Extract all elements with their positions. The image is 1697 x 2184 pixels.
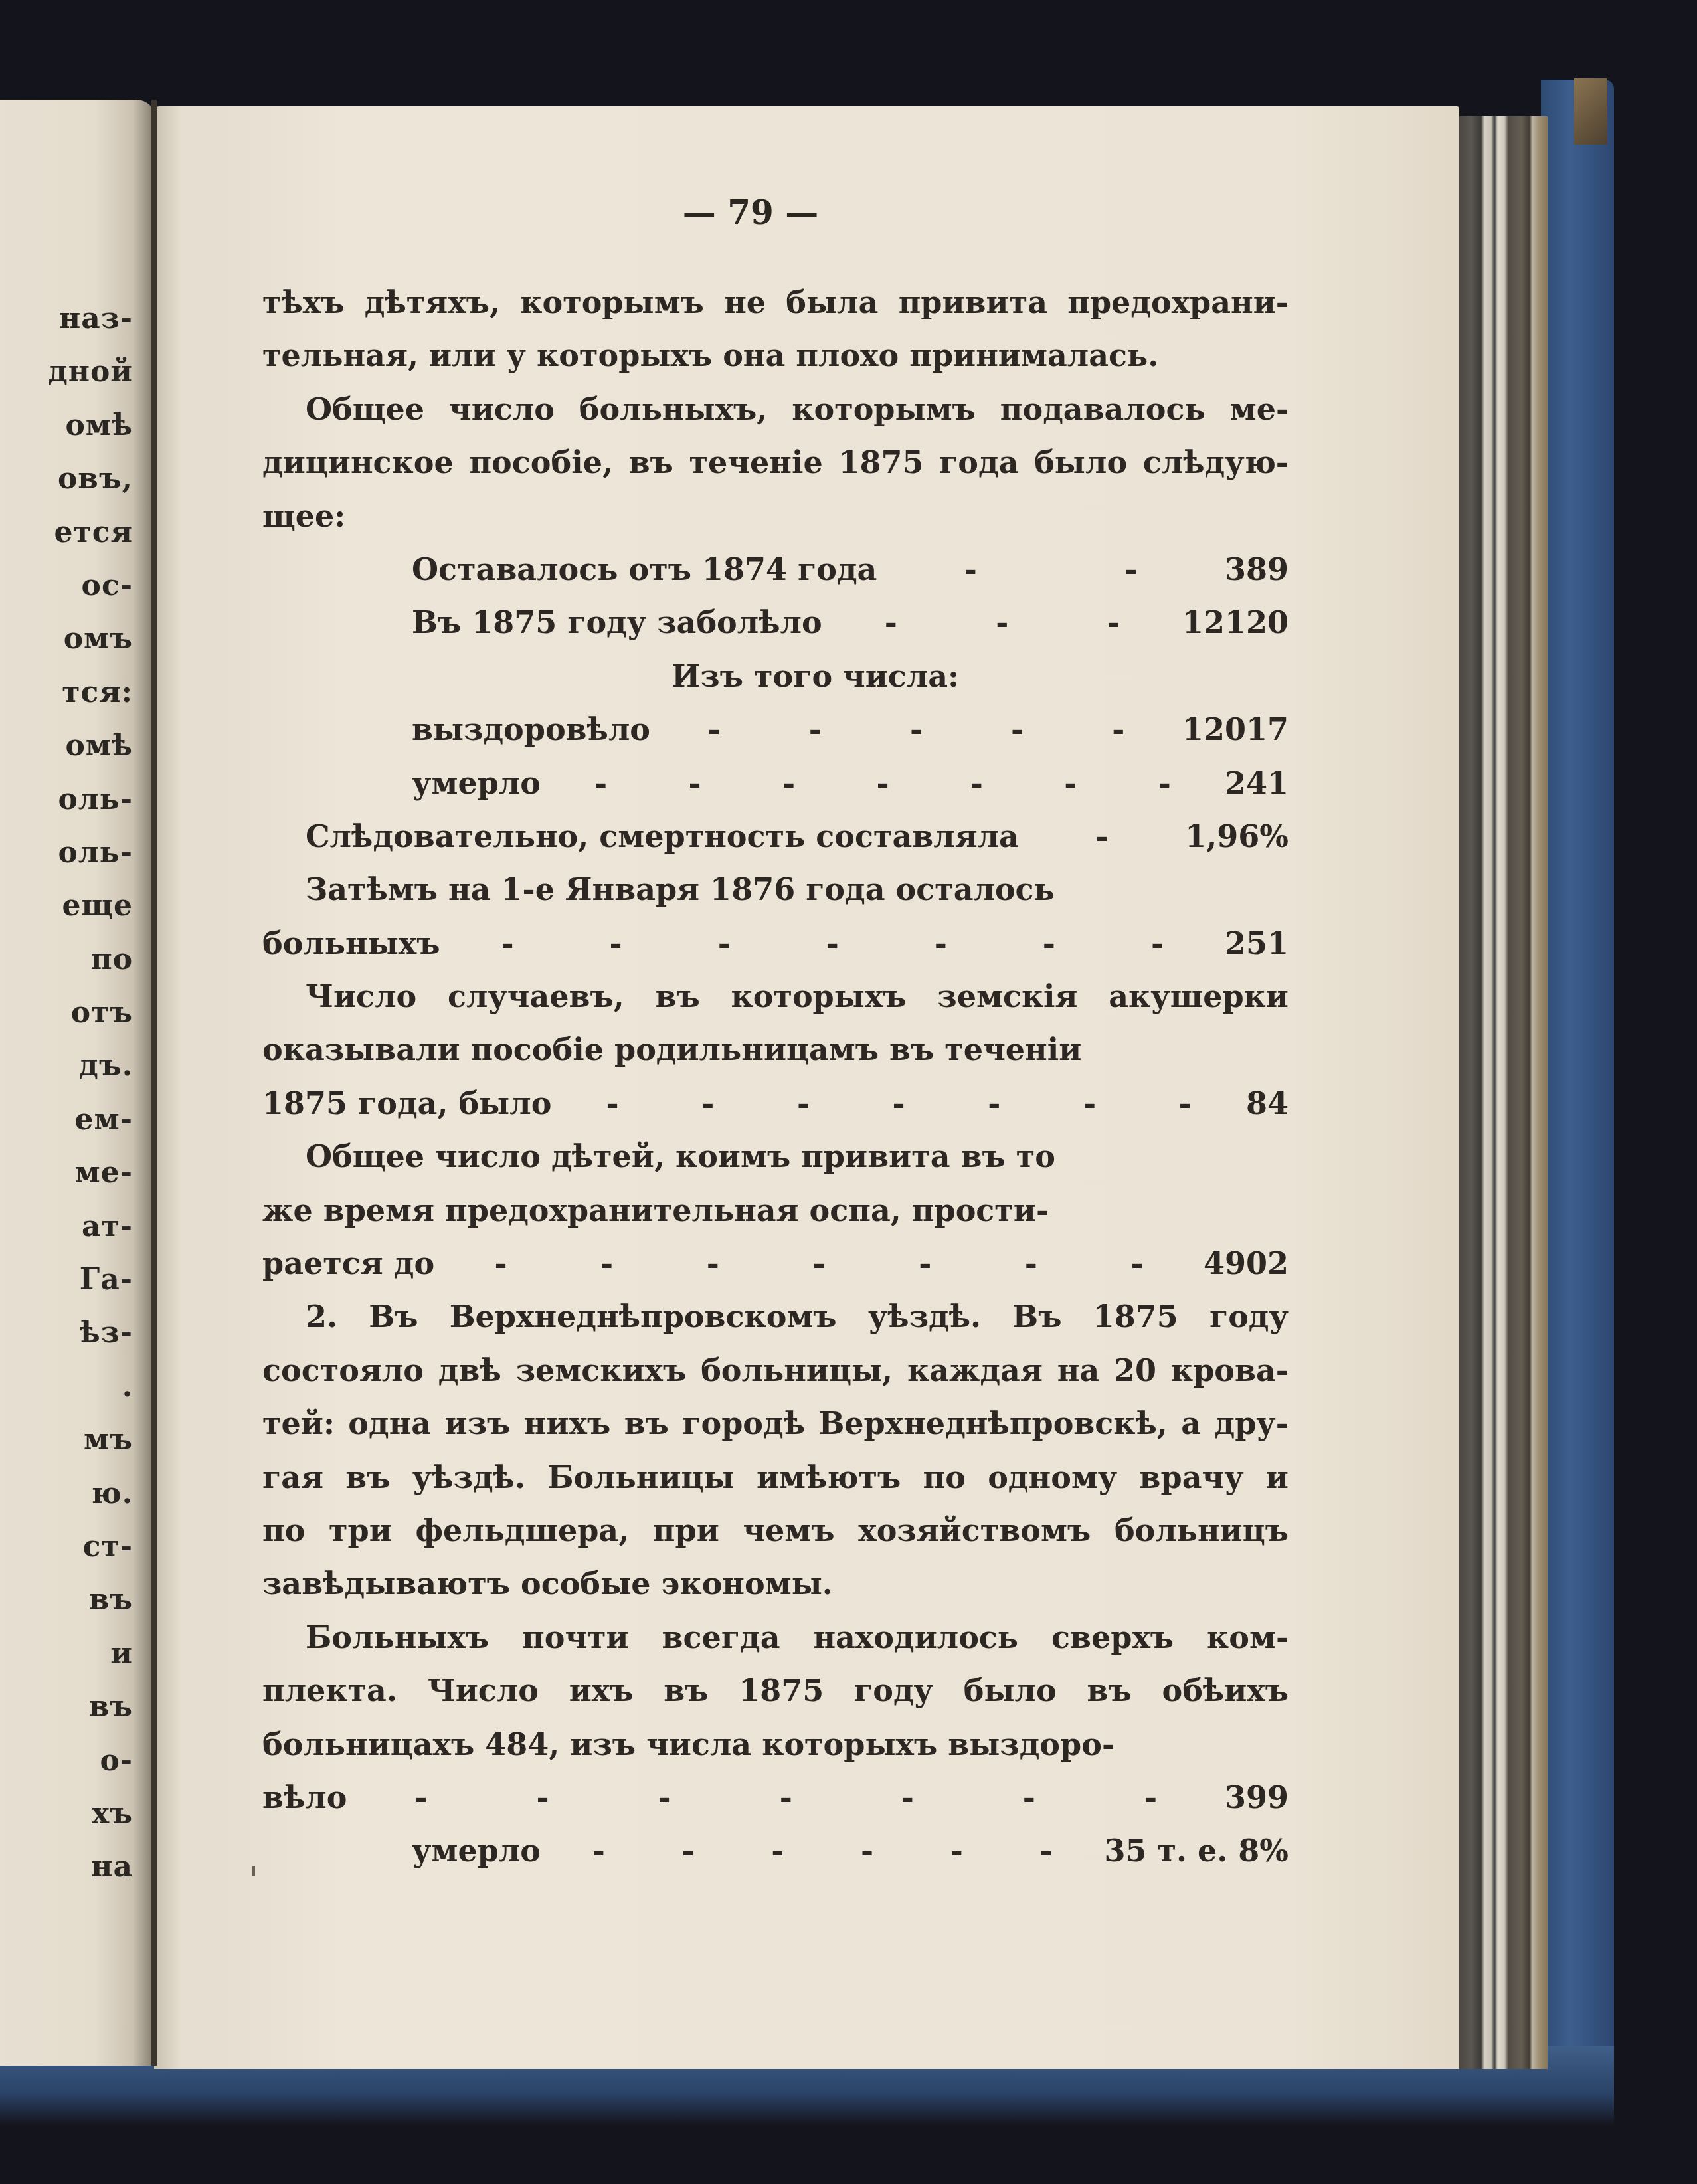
stat-label: 1875 года, было	[262, 1077, 551, 1130]
left-page-fragment: ос-	[0, 559, 133, 612]
word: одна	[348, 1397, 431, 1450]
left-page-fragment: въ	[0, 1574, 133, 1627]
text-line: потрифельдшера,причемъхозяйствомъбольниц…	[262, 1504, 1289, 1557]
text-line: Общее число дѣтей, коимъ привита въ то	[262, 1130, 1289, 1183]
text-line: дицинскоепособіе,вътеченіе1875годабылосл…	[262, 436, 1289, 489]
leader-dashes: -----	[650, 703, 1182, 756]
word: больницы,	[701, 1344, 893, 1397]
leader-dashes: -------	[551, 1077, 1246, 1130]
left-page-text-fragments: наз-днойомѣовъ,етсяос-омътся:омѣоль-оль-…	[0, 292, 133, 1894]
word: на	[1057, 1344, 1099, 1397]
word: пособіе,	[469, 436, 612, 489]
stat-value: 35 т. е. 8%	[1104, 1824, 1289, 1877]
word: по	[262, 1504, 305, 1557]
subheading: Изъ того числа:	[262, 650, 1289, 703]
word: которымъ	[792, 383, 976, 436]
word: при	[653, 1504, 719, 1557]
word: всегда	[662, 1611, 780, 1664]
word: плекта.	[262, 1664, 397, 1717]
left-page-fragment: еще	[0, 879, 133, 933]
stat-value: 1,96%	[1185, 810, 1289, 863]
word: чемъ	[743, 1504, 834, 1557]
left-page-fragment: о-	[0, 1734, 133, 1787]
left-page-fragment: .	[0, 1360, 133, 1413]
word: земскихъ	[516, 1344, 687, 1397]
left-page-fragment: ст-	[0, 1520, 133, 1574]
left-page-fragment: на	[0, 1841, 133, 1894]
word: одному	[988, 1451, 1117, 1504]
text-line: 2.ВъВерхнеднѣпровскомъуѣздѣ.Въ1875году	[262, 1290, 1289, 1343]
word: была	[786, 276, 878, 329]
word: 1875	[838, 436, 923, 489]
stat-value: 84	[1246, 1077, 1289, 1130]
left-page-fragment: тся:	[0, 666, 133, 719]
text-line: Общеечислобольныхъ,которымъподавалосьме-	[262, 383, 1289, 436]
stat-label: умерло	[262, 757, 541, 810]
word: Больницы	[547, 1451, 735, 1504]
word: врачу	[1140, 1451, 1244, 1504]
word: Число	[428, 1664, 539, 1717]
word: дру-	[1215, 1397, 1289, 1450]
word: крова-	[1171, 1344, 1289, 1397]
left-page-fragment: въ	[0, 1681, 133, 1734]
text-line: гаявъуѣздѣ.Больницыимѣютъпоодномуврачуи	[262, 1451, 1289, 1504]
book-cover-corner	[1574, 78, 1607, 145]
left-page-fragment: наз-	[0, 292, 133, 345]
word: не	[724, 276, 766, 329]
word: Число	[306, 970, 416, 1023]
left-page-fragment: хъ	[0, 1787, 133, 1841]
word: которыхъ	[731, 970, 907, 1023]
leader-dashes: ---	[822, 596, 1182, 649]
word: ком-	[1207, 1611, 1289, 1664]
left-page-fragment: Га-	[0, 1253, 133, 1307]
left-page-fragment: дной	[0, 345, 133, 399]
text-line: тѣхъдѣтяхъ,которымънебылапривитапредохра…	[262, 276, 1289, 329]
word: ихъ	[569, 1664, 634, 1717]
section-verkhnedneprovsk: 2.ВъВерхнеднѣпровскомъуѣздѣ.Въ1875годусо…	[262, 1290, 1289, 1877]
word: ме-	[1230, 383, 1289, 436]
text-line: щее:	[262, 490, 1289, 543]
stat-row-midwife-cases: 1875 года, было-------84	[262, 1077, 1289, 1130]
left-page-fragment: ѣз-	[0, 1307, 133, 1360]
stat-row-recovered: выздоровѣло-----12017	[262, 703, 1289, 756]
word: было	[964, 1664, 1057, 1717]
stat-row-mortality: Слѣдовательно, смертность составляла-1,9…	[262, 810, 1289, 863]
word: дицинское	[262, 436, 454, 489]
page-body-text: тѣхъдѣтяхъ,которымънебылапривитапредохра…	[262, 276, 1289, 1878]
word: хозяйствомъ	[858, 1504, 1091, 1557]
leader-dashes: -	[1019, 810, 1185, 863]
word: случаевъ,	[448, 970, 624, 1023]
word: число	[449, 383, 555, 436]
word: обѣихъ	[1162, 1664, 1289, 1717]
left-page-fragment: и	[0, 1627, 133, 1681]
word: и	[1266, 1451, 1289, 1504]
stat-label: Слѣдовательно, смертность составляла	[306, 810, 1019, 863]
word: фельдшера,	[415, 1504, 629, 1557]
stat-value: 241	[1225, 757, 1289, 810]
word: больницъ	[1115, 1504, 1289, 1557]
left-page-fragment: ю.	[0, 1467, 133, 1520]
word: въ	[1087, 1664, 1131, 1717]
stat-value: 12017	[1182, 703, 1289, 756]
word: Верхнеднѣпровскѣ,	[818, 1397, 1167, 1450]
stat-label: Въ 1875 году заболѣло	[262, 596, 822, 649]
word: Въ	[1012, 1290, 1061, 1343]
word: тѣхъ	[262, 276, 345, 329]
stat-label: рается до	[262, 1237, 434, 1290]
text-line: тей:однаизънихъвъгородѣВерхнеднѣпровскѣ,…	[262, 1397, 1289, 1450]
word: въ	[664, 1664, 708, 1717]
stat-row-remaining-1876: больныхъ-------251	[262, 917, 1289, 970]
left-page-fragment: омѣ	[0, 399, 133, 452]
stat-value: 4902	[1204, 1237, 1289, 1290]
word: акушерки	[1109, 970, 1289, 1023]
left-page-fragment: отъ	[0, 986, 133, 1040]
text-line: Больныхъпочтивсегданаходилосьсверхъком-	[262, 1611, 1289, 1664]
word: три	[329, 1504, 392, 1557]
text-line: тельная, или у которыхъ она плохо приним…	[262, 329, 1289, 382]
word: а	[1181, 1397, 1201, 1450]
leader-dashes: -------	[440, 917, 1225, 970]
word: Общее	[306, 383, 424, 436]
word: каждая	[907, 1344, 1043, 1397]
word: по	[923, 1451, 966, 1504]
word: состояло	[262, 1344, 424, 1397]
word: году	[1209, 1290, 1289, 1343]
book-cover-right	[1541, 80, 1614, 2079]
word: года	[939, 436, 1018, 489]
word: городѣ	[682, 1397, 805, 1450]
word: теченіе	[689, 436, 823, 489]
word: 2.	[306, 1290, 337, 1343]
left-page-fragment: ем-	[0, 1093, 133, 1146]
left-page-fragment: дъ.	[0, 1040, 133, 1093]
stat-value: 12120	[1182, 596, 1289, 649]
left-page-fragment: ется	[0, 506, 133, 559]
word: привита	[899, 276, 1047, 329]
book-gutter	[151, 100, 157, 2066]
stat-row: вѣло-------399	[262, 1771, 1289, 1824]
stat-value: 399	[1225, 1771, 1289, 1824]
stat-row-vaccinated: рается до-------4902	[262, 1237, 1289, 1290]
stat-label: выздоровѣло	[262, 703, 650, 756]
leader-dashes: --	[877, 543, 1225, 596]
stat-row-died: умерло-------241	[262, 757, 1289, 810]
word: Верхнеднѣпровскомъ	[450, 1290, 837, 1343]
word: уѣздѣ.	[412, 1451, 525, 1504]
text-line: состоялодвѣземскихъбольницы,каждаяна20кр…	[262, 1344, 1289, 1397]
stat-label: Оставалось отъ 1874 года	[262, 543, 877, 596]
text-line: же время предохранительная оспа, прости-	[262, 1184, 1289, 1237]
left-page-fragment: омѣ	[0, 719, 133, 773]
left-page-fragment: мъ	[0, 1413, 133, 1467]
text-line: оказывали пособіе родильницамъ въ течені…	[262, 1023, 1289, 1076]
stat-value: 251	[1225, 917, 1289, 970]
word: году	[854, 1664, 933, 1717]
text-line: Числослучаевъ,въкоторыхъземскіяакушерки	[262, 970, 1289, 1023]
word: сверхъ	[1051, 1611, 1174, 1664]
stat-row: умерло------35 т. е. 8%	[262, 1824, 1289, 1877]
left-page-fragment: омъ	[0, 612, 133, 666]
word: почти	[522, 1611, 629, 1664]
stat-label: умерло	[262, 1824, 541, 1877]
left-page-fragment: ме-	[0, 1146, 133, 1200]
stat-value: 389	[1225, 543, 1289, 596]
leader-dashes: ------	[541, 1824, 1104, 1877]
word: Въ	[369, 1290, 418, 1343]
word: находилось	[813, 1611, 1018, 1664]
leader-dashes: -------	[541, 757, 1225, 810]
text-line: Затѣмъ на 1-е Января 1876 года осталось	[262, 863, 1289, 916]
word: предохрани-	[1067, 276, 1289, 329]
leader-dashes: -------	[434, 1237, 1204, 1290]
word: дѣтяхъ,	[365, 276, 500, 329]
word: земскія	[937, 970, 1077, 1023]
stat-row-remaining-1874: Оставалось отъ 1874 года--389	[262, 543, 1289, 596]
left-page-fragment: оль-	[0, 773, 133, 826]
word: въ	[629, 436, 673, 489]
left-page-fragment: оль-	[0, 826, 133, 879]
word: уѣздѣ.	[868, 1290, 981, 1343]
word: имѣютъ	[757, 1451, 901, 1504]
text-line: больницахъ 484, изъ числа которыхъ выздо…	[262, 1718, 1289, 1771]
word: Больныхъ	[306, 1611, 489, 1664]
word: въ	[624, 1397, 669, 1450]
word: было	[1034, 436, 1127, 489]
word: тей:	[262, 1397, 335, 1450]
left-page: наз-днойомѣовъ,етсяос-омътся:омѣоль-оль-…	[0, 100, 156, 2066]
word: которымъ	[520, 276, 704, 329]
stat-label: вѣло	[262, 1771, 347, 1824]
text-line: плекта.Числоихъвъ1875годубыловъобѣихъ	[262, 1664, 1289, 1717]
left-page-fragment: овъ,	[0, 452, 133, 505]
left-page-fragment: по	[0, 933, 133, 986]
leader-dashes: -------	[347, 1771, 1225, 1824]
stat-row-fell-ill-1875: Въ 1875 году заболѣло---12120	[262, 596, 1289, 649]
stat-label: больныхъ	[262, 917, 440, 970]
word: 1875	[739, 1664, 824, 1717]
word: подавалось	[1000, 383, 1206, 436]
paper-mark	[252, 1866, 255, 1876]
page-number: — 79 —	[664, 193, 837, 232]
word: двѣ	[438, 1344, 501, 1397]
word: гая	[262, 1451, 323, 1504]
text-line: завѣдываютъ особые экономы.	[262, 1557, 1289, 1610]
word: больныхъ,	[579, 383, 768, 436]
page-edges-stack	[1458, 116, 1548, 2069]
word: 20	[1114, 1344, 1156, 1397]
left-page-fragment: ат-	[0, 1200, 133, 1253]
word: въ	[345, 1451, 390, 1504]
word: 1875	[1093, 1290, 1178, 1343]
word: нихъ	[524, 1397, 611, 1450]
word: слѣдую-	[1143, 436, 1289, 489]
word: изъ	[445, 1397, 511, 1450]
word: въ	[656, 970, 700, 1023]
